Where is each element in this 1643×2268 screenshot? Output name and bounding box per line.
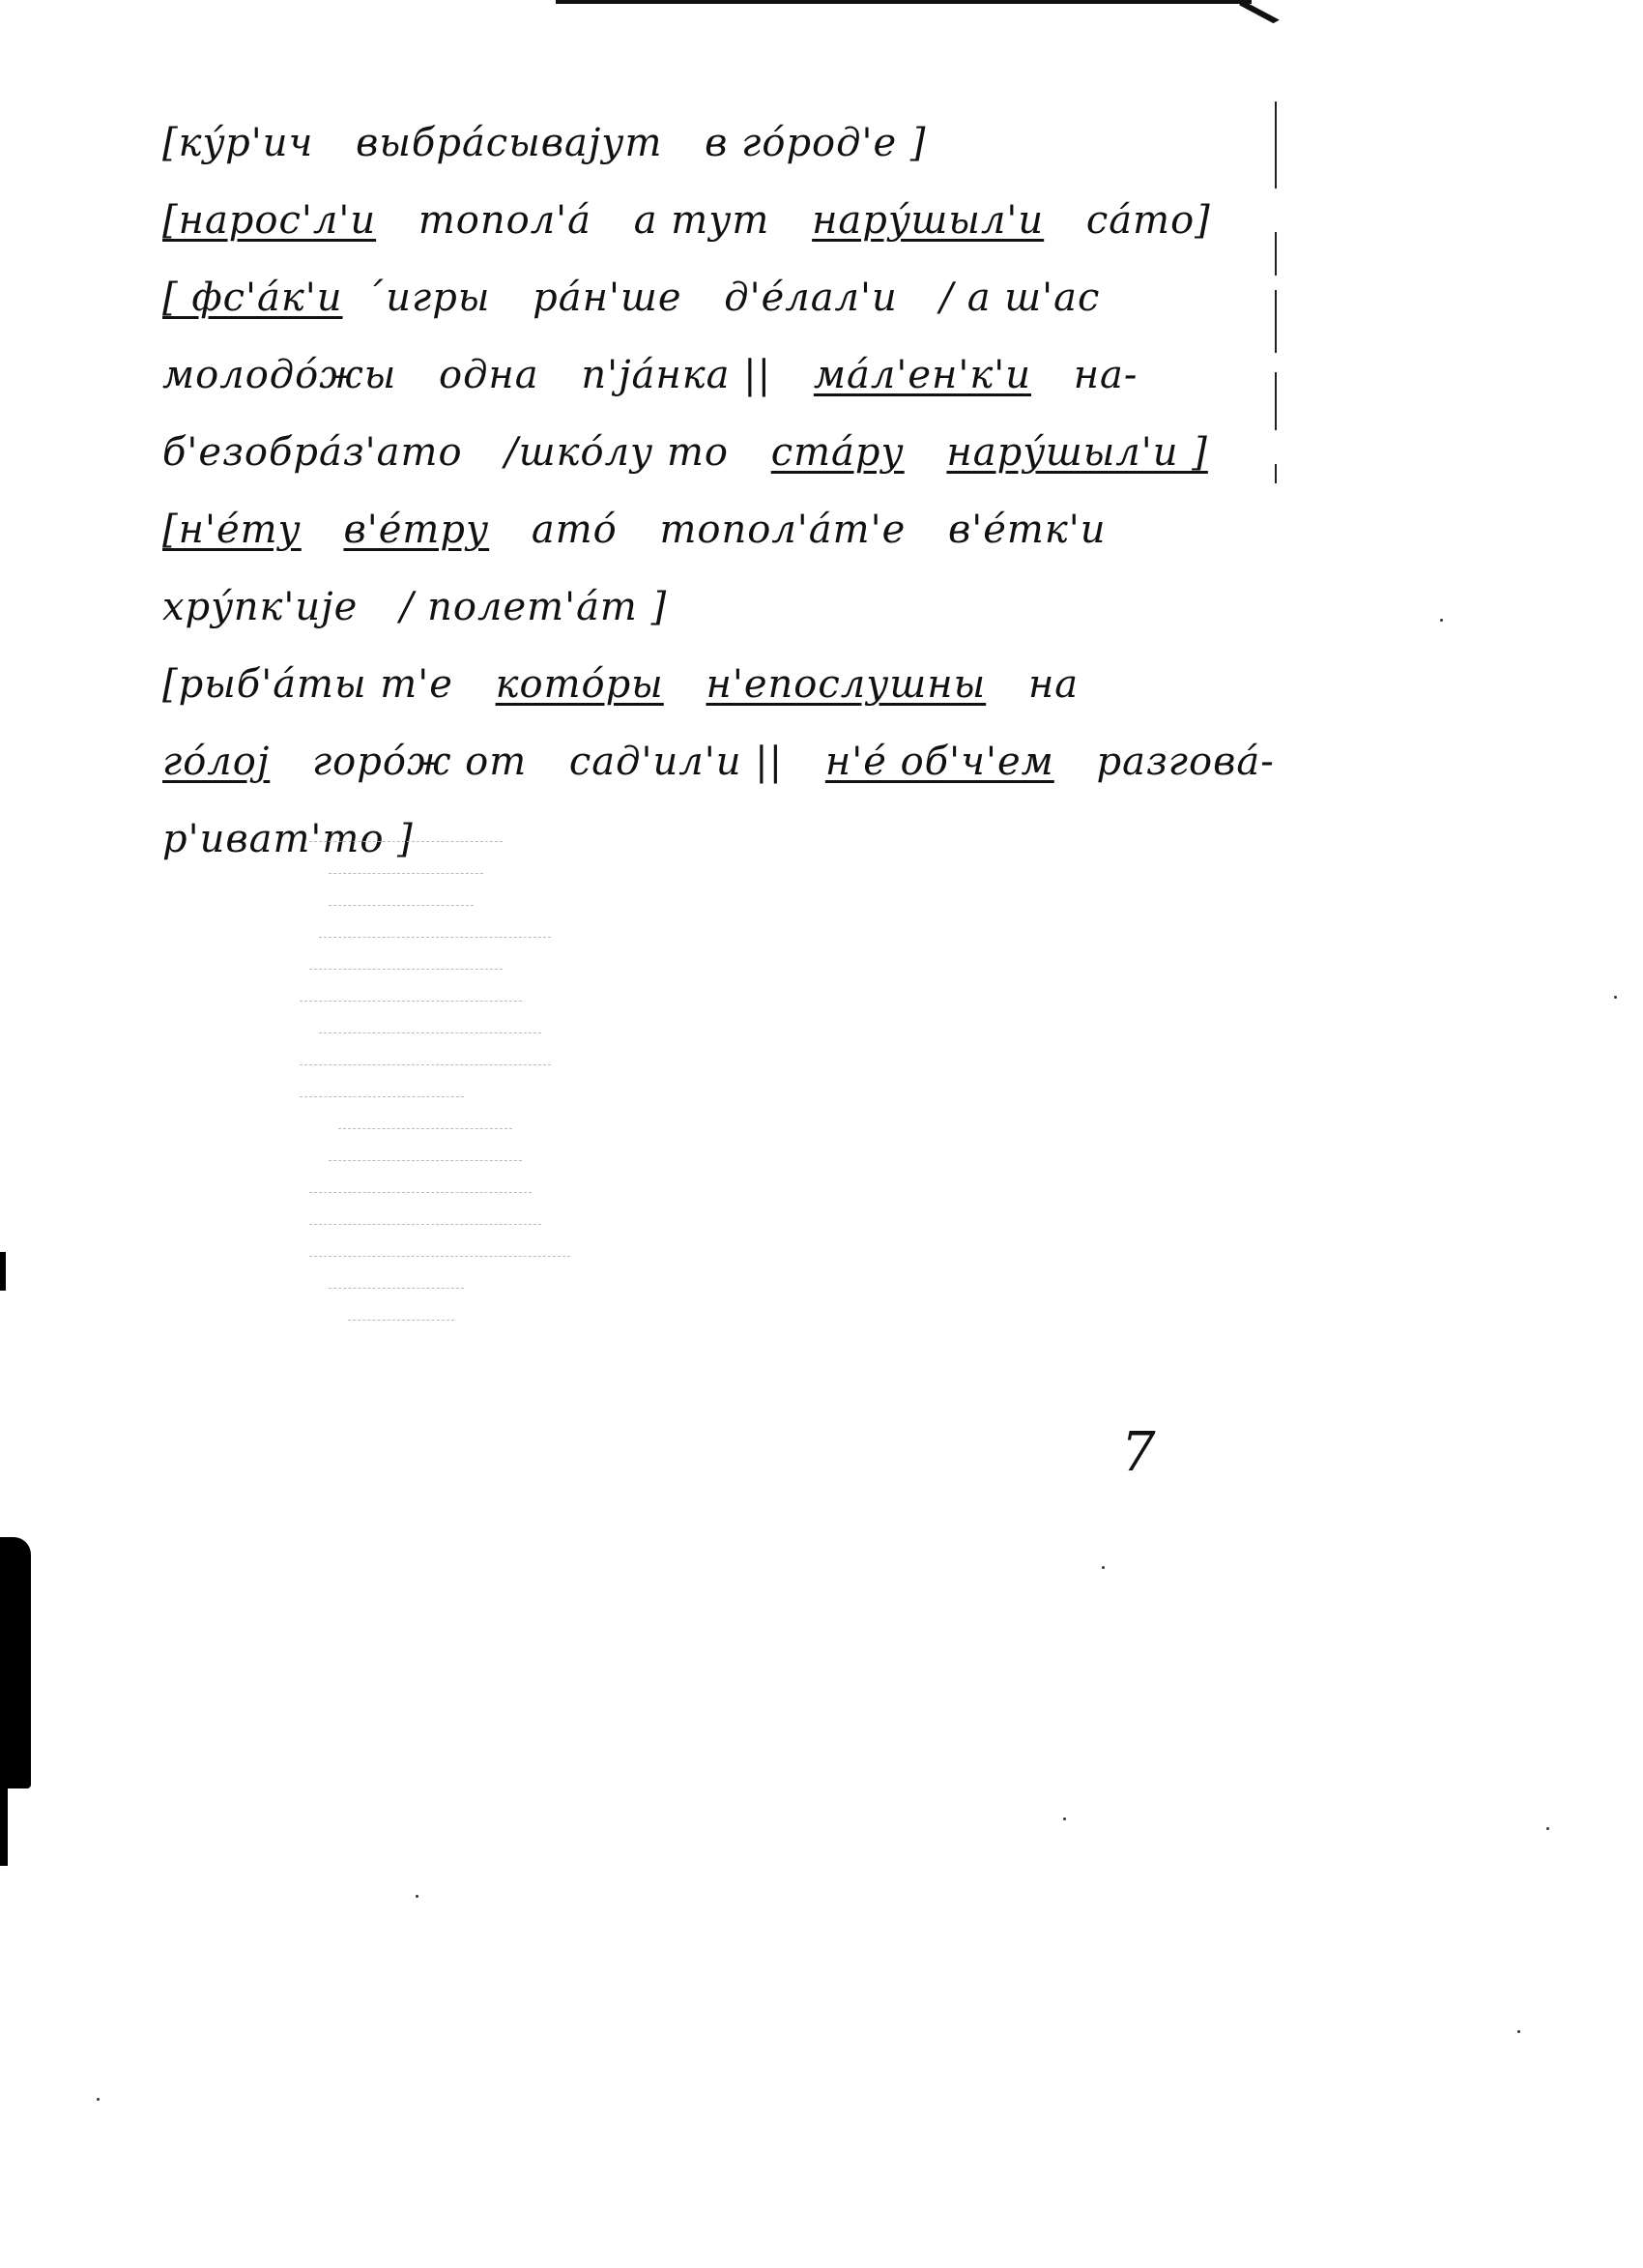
faint-line <box>348 1320 454 1322</box>
word: б'езобрáз'ато <box>162 414 463 491</box>
text-line-5: б'езобрáз'ато /шкóлу то стáру нарýшыл'и … <box>162 414 1245 491</box>
word: топол'áт'е <box>659 491 906 568</box>
underlined-word: [ фс'áк'и <box>162 259 343 336</box>
faint-line <box>329 905 474 907</box>
underlined-word: [н'éту <box>162 491 302 568</box>
word: [кýр'ич <box>162 104 313 182</box>
text-line-6: [н'éту в'éтру атó топол'áт'е в'éтк'и <box>162 491 1245 568</box>
underlined-word: н'é об'ч'ем <box>825 723 1054 800</box>
faint-line <box>309 1224 541 1226</box>
text-line-8: [рыб'áты т'е котóры н'епослушны на <box>162 646 1245 723</box>
word: хрýпк'ије <box>162 568 358 646</box>
underlined-word: мáл'ен'к'и <box>814 336 1031 414</box>
word: а тут <box>634 182 770 259</box>
text-line-2: [нарос'л'и топол'á а тут нарýшыл'и сáто] <box>162 182 1245 259</box>
word: п'јáнка || <box>581 336 771 414</box>
underlined-word: стáру <box>771 414 905 491</box>
scan-speck <box>1440 619 1443 622</box>
word: на- <box>1074 336 1139 414</box>
top-edge-curl <box>1229 0 1280 44</box>
word: разговá- <box>1097 723 1275 800</box>
faint-line <box>329 1288 464 1290</box>
faint-line <box>309 1256 570 1258</box>
scan-edge-blot-tail <box>0 1788 8 1866</box>
underlined-word: котóры <box>496 646 664 723</box>
faint-line <box>309 1192 532 1194</box>
right-margin-mark <box>1275 290 1277 353</box>
handwritten-text-block: [кýр'ич выбрáсывајут в гóрод'е ] [нарос'… <box>162 104 1245 878</box>
word: атó <box>532 491 618 568</box>
faint-line <box>300 1064 551 1066</box>
word: молодóжы <box>162 336 396 414</box>
word: д'éлал'и <box>724 259 898 336</box>
word: на <box>1028 646 1079 723</box>
underlined-word: в'éтру <box>343 491 489 568</box>
word: ́игры <box>385 259 490 336</box>
right-margin-mark <box>1275 464 1277 483</box>
scanned-page: [кýр'ич выбрáсывајут в гóрод'е ] [нарос'… <box>0 0 1643 2268</box>
scan-speck <box>1546 1827 1549 1830</box>
text-line-4: молодóжы одна п'јáнка || мáл'ен'к'и на- <box>162 336 1245 414</box>
word: сáто] <box>1086 182 1211 259</box>
page-number: 7 <box>1121 1421 1156 1484</box>
scan-edge-blot <box>0 1537 31 1788</box>
right-margin-mark <box>1275 232 1277 276</box>
underlined-word: нарýшыл'и <box>812 182 1044 259</box>
faint-line <box>309 969 503 971</box>
right-margin-mark <box>1275 102 1277 189</box>
faint-line <box>329 1160 522 1162</box>
top-edge-rule <box>556 0 1252 4</box>
word: топол'á <box>418 182 591 259</box>
text-line-9: гóлој горóж от сад'ил'и || н'é об'ч'ем р… <box>162 723 1245 800</box>
faint-bleedthrough-lines <box>290 841 580 1352</box>
scan-edge-mark <box>0 1252 6 1291</box>
text-line-3: [ фс'áк'и ́игры рáн'ше д'éлал'и / а ш'ас <box>162 259 1245 336</box>
word: /шкóлу то <box>504 414 729 491</box>
scan-speck <box>1102 1566 1105 1569</box>
word: / а ш'ас <box>940 259 1101 336</box>
underlined-word: нарýшыл'и ] <box>946 414 1207 491</box>
underlined-word: гóлој <box>162 723 270 800</box>
faint-line <box>300 1001 522 1003</box>
faint-line <box>338 1128 512 1130</box>
right-margin-mark <box>1275 372 1277 430</box>
text-line-1: [кýр'ич выбрáсывајут в гóрод'е ] <box>162 104 1245 182</box>
word: выбрáсывајут <box>356 104 662 182</box>
faint-line <box>300 1096 464 1098</box>
scan-speck <box>1614 996 1617 999</box>
word: в'éтк'и <box>948 491 1107 568</box>
word: / полет'áт ] <box>400 568 667 646</box>
scan-speck <box>416 1895 418 1898</box>
faint-line <box>309 841 503 843</box>
faint-line <box>329 873 483 875</box>
text-line-7: хрýпк'ије / полет'áт ] <box>162 568 1245 646</box>
scan-speck <box>1063 1817 1066 1820</box>
word: [рыб'áты т'е <box>162 646 453 723</box>
word: одна <box>439 336 539 414</box>
underlined-word: [нарос'л'и <box>162 182 376 259</box>
scan-speck <box>97 2098 100 2101</box>
word: в гóрод'е ] <box>705 104 926 182</box>
underlined-word: н'епослушны <box>706 646 986 723</box>
word: рáн'ше <box>533 259 681 336</box>
scan-speck <box>1517 2030 1520 2033</box>
faint-line <box>319 1032 541 1034</box>
word: горóж от <box>312 723 527 800</box>
faint-line <box>319 937 551 939</box>
word: сад'ил'и || <box>569 723 783 800</box>
